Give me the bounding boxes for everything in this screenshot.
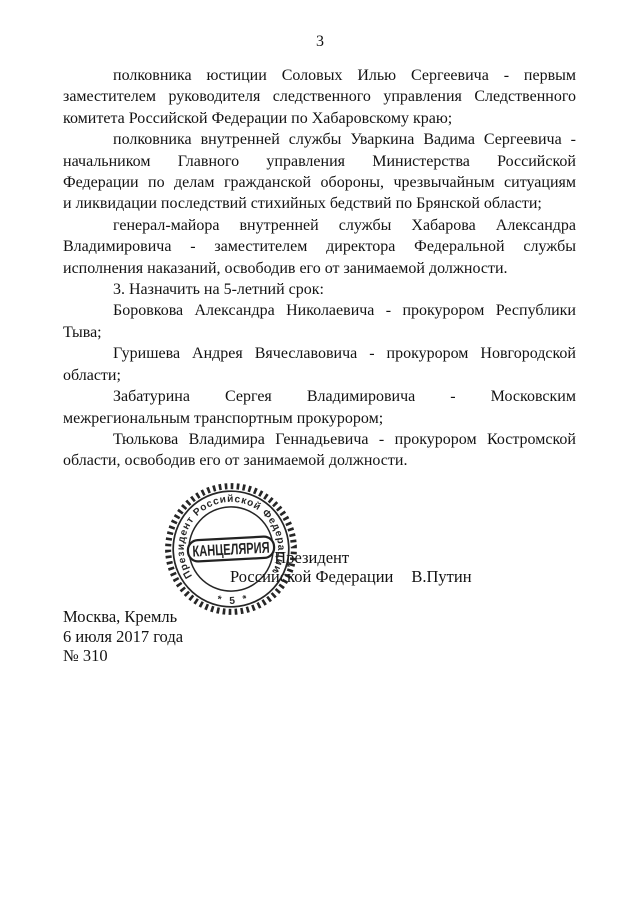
text-line: заместителем руководителя следственного … <box>63 86 576 107</box>
text-line: и ликвидации последствий стихийных бедст… <box>63 193 576 214</box>
document-body: полковника юстиции Соловых Илью Сергееви… <box>63 65 576 472</box>
text-line: Федерации по делам гражданской обороны, … <box>63 172 576 193</box>
text-line: межрегиональным транспортным прокурором; <box>63 408 576 429</box>
text-line: Владимировича - заместителем директора Ф… <box>63 236 576 257</box>
text-line: Гуришева Андрея Вячеславовича - прокурор… <box>63 343 576 364</box>
text-line: Тыва; <box>63 322 576 343</box>
text-line: полковника юстиции Соловых Илью Сергееви… <box>63 65 576 86</box>
document-page: 3 полковника юстиции Соловых Илью Сергее… <box>0 0 640 905</box>
text-line: комитета Российской Федерации по Хабаров… <box>63 108 576 129</box>
text-line: генерал-майора внутренней службы Хабаров… <box>63 215 576 236</box>
chancellery-stamp: Президент Российской Федерации * 5 * КАН… <box>155 473 306 624</box>
footer-number: № 310 <box>63 646 183 666</box>
text-line: Забатурина Сергея Владимировича - Москов… <box>63 386 576 407</box>
text-line: исполнения наказаний, освободив его от з… <box>63 258 576 279</box>
page-number: 3 <box>0 33 640 51</box>
footer-date: 6 июля 2017 года <box>63 627 183 647</box>
signatory-name: В.Путин <box>411 567 471 586</box>
text-line: полковника внутренней службы Уваркина Ва… <box>63 129 576 150</box>
text-line: Тюлькова Владимира Геннадьевича - прокур… <box>63 429 576 450</box>
text-line: начальником Главного управления Министер… <box>63 151 576 172</box>
text-line: Боровкова Александра Николаевича - проку… <box>63 300 576 321</box>
text-line: области; <box>63 365 576 386</box>
text-line: 3. Назначить на 5-летний срок: <box>63 279 576 300</box>
text-line: области, освободив его от занимаемой дол… <box>63 450 576 471</box>
